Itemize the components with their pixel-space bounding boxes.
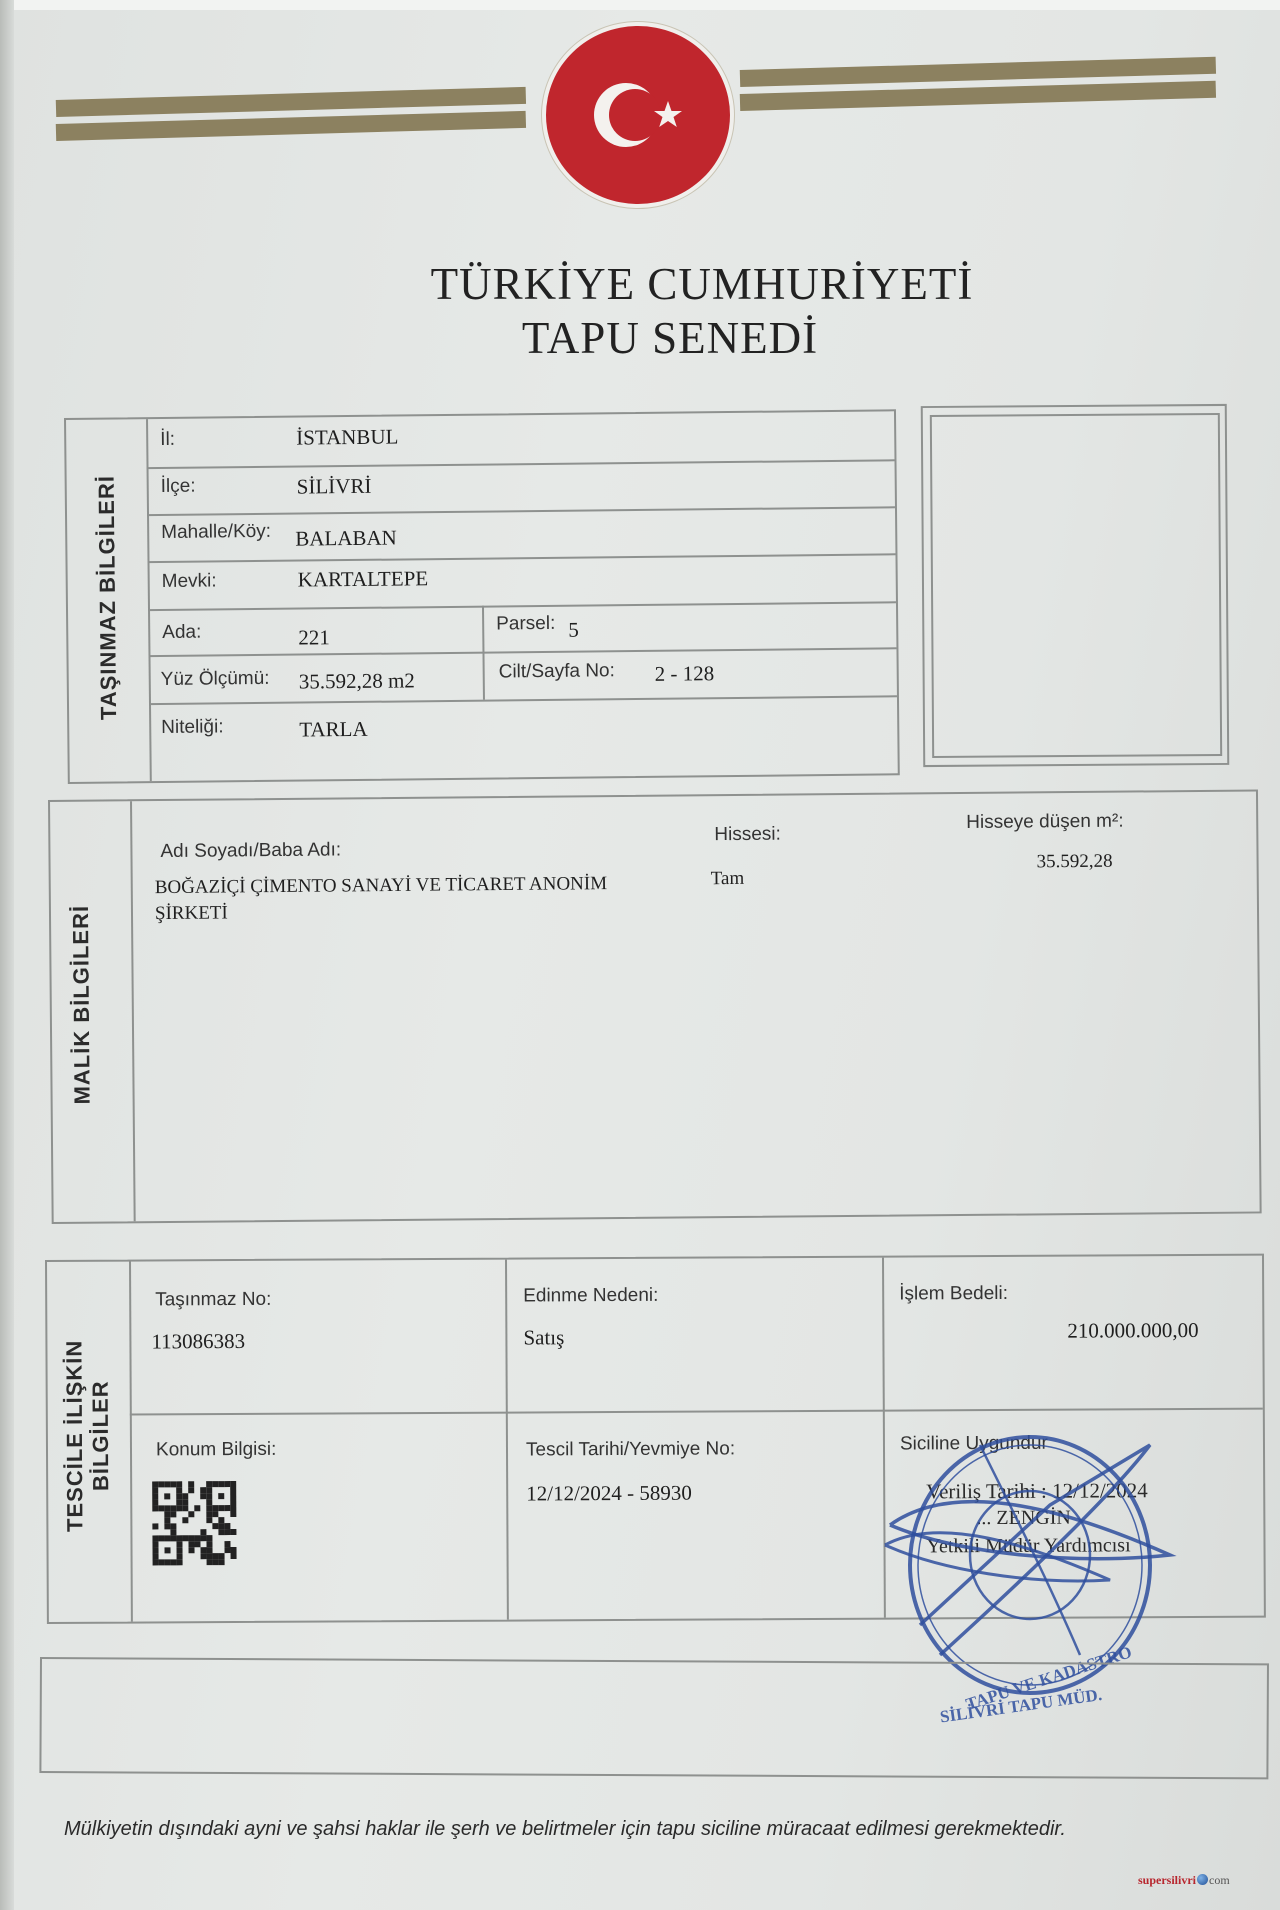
watermark-domain: com: [1209, 1873, 1230, 1887]
mahalle-value: BALABAN: [295, 526, 397, 552]
registration-label-line1: TESCİLE İLİŞKİN: [61, 1276, 89, 1596]
owner-area-header: Hisseye düşen m²:: [966, 811, 1124, 834]
mevki-value: KARTALTEPE: [298, 566, 429, 592]
paper-top-edge: [0, 0, 1280, 10]
officer-name: ... ZENGİN: [976, 1507, 1071, 1530]
registration-section-label: TESCİLE İLİŞKİN BİLGİLER: [61, 1276, 115, 1596]
mevki-label: Mevki:: [162, 570, 217, 593]
header-bar-left-bottom: [56, 111, 526, 141]
document-title: TÜRKİYE CUMHURİYETİ: [0, 258, 1280, 310]
owner-name-line2: ŞİRKETİ: [155, 902, 228, 925]
tasinmaz-no-value: 113086383: [151, 1329, 245, 1354]
footer-notice: Mülkiyetin dışındaki ayni ve şahsi hakla…: [64, 1818, 1264, 1841]
tescil-tarihi-label: Tescil Tarihi/Yevmiye No:: [526, 1438, 735, 1461]
islem-bedeli-label: İşlem Bedeli:: [899, 1283, 1008, 1306]
nitelik-label: Niteliği:: [161, 716, 224, 739]
location-qr-code[interactable]: [152, 1481, 236, 1565]
yuzolcumu-label: Yüz Ölçümü:: [161, 668, 270, 691]
yuzolcumu-value: 35.592,28 m2: [299, 668, 415, 694]
parsel-value: 5: [568, 618, 579, 643]
nitelik-value: TARLA: [299, 717, 368, 743]
ada-value: 221: [298, 625, 330, 650]
ada-label: Ada:: [162, 622, 201, 644]
divider: [129, 1262, 133, 1622]
divider: [149, 695, 897, 705]
divider: [148, 553, 896, 563]
owner-row: BOĞAZİÇİ ÇİMENTO SANAYİ VE TİCARET ANONİ…: [50, 791, 1256, 802]
globe-icon: [1197, 1874, 1208, 1885]
registration-info-table: TESCİLE İLİŞKİN BİLGİLER Taşınmaz No: 11…: [45, 1254, 1266, 1624]
edinme-nedeni-label: Edinme Nedeni:: [523, 1285, 658, 1308]
annotations-box: [39, 1657, 1269, 1779]
il-value: İSTANBUL: [296, 425, 398, 451]
watermark: supersilivricom: [1138, 1873, 1230, 1888]
divider: [130, 801, 136, 1221]
edinme-nedeni-value: Satış: [523, 1325, 564, 1350]
cilt-sayfa-value: 2 - 128: [655, 661, 715, 687]
divider: [147, 459, 895, 469]
verilis-tarihi-text: Veriliş Tarihi : 12/12/2024: [926, 1478, 1148, 1504]
cilt-sayfa-label: Cilt/Sayfa No:: [499, 660, 615, 683]
document-subtitle: TAPU SENEDİ: [0, 312, 1280, 364]
officer-title: Yetkili Müdür Yardımcısı: [926, 1534, 1130, 1558]
divider: [148, 647, 896, 657]
sicil-uygun-label: Siciline Uygundur: [900, 1433, 1048, 1456]
owner-name-header: Adı Soyadı/Baba Adı:: [160, 839, 341, 863]
owner-area-value: 35.592,28: [1036, 851, 1112, 874]
divider: [130, 1408, 1263, 1416]
watermark-brand: supersilivri: [1138, 1873, 1196, 1887]
owner-info-table: MALİK BİLGİLERİ Adı Soyadı/Baba Adı: His…: [48, 789, 1262, 1224]
property-section-label: TAŞINMAZ BİLGİLERİ: [93, 397, 123, 797]
ilce-value: SİLİVRİ: [297, 474, 372, 500]
parsel-label: Parsel:: [496, 613, 555, 636]
property-info-table: TAŞINMAZ BİLGİLERİ İl: İSTANBUL İlçe: Sİ…: [64, 409, 900, 784]
divider: [882, 1258, 886, 1618]
divider: [146, 419, 152, 781]
tescil-tarihi-value: 12/12/2024 - 58930: [526, 1481, 692, 1507]
islem-bedeli-value: 210.000.000,00: [1067, 1318, 1198, 1344]
il-label: İl:: [160, 429, 175, 451]
ilce-label: İlçe:: [161, 476, 196, 498]
owner-share-header: Hissesi:: [714, 824, 781, 847]
mahalle-label: Mahalle/Köy:: [161, 521, 271, 544]
registration-label-line2: BİLGİLER: [87, 1276, 115, 1596]
crescent-star-icon: [542, 22, 734, 208]
owner-section-label: MALİK BİLGİLERİ: [67, 805, 96, 1205]
header-bar-right-bottom: [740, 81, 1216, 111]
owner-name-line1: BOĞAZİÇİ ÇİMENTO SANAYİ VE TİCARET ANONİ…: [155, 873, 608, 899]
tasinmaz-no-label: Taşınmaz No:: [155, 1289, 271, 1312]
photo-frame-inner: [930, 413, 1222, 758]
konum-bilgisi-label: Konum Bilgisi:: [156, 1439, 277, 1462]
owner-share-value: Tam: [711, 868, 745, 890]
divider: [505, 1260, 509, 1620]
divider: [148, 601, 896, 611]
divider: [147, 506, 895, 516]
